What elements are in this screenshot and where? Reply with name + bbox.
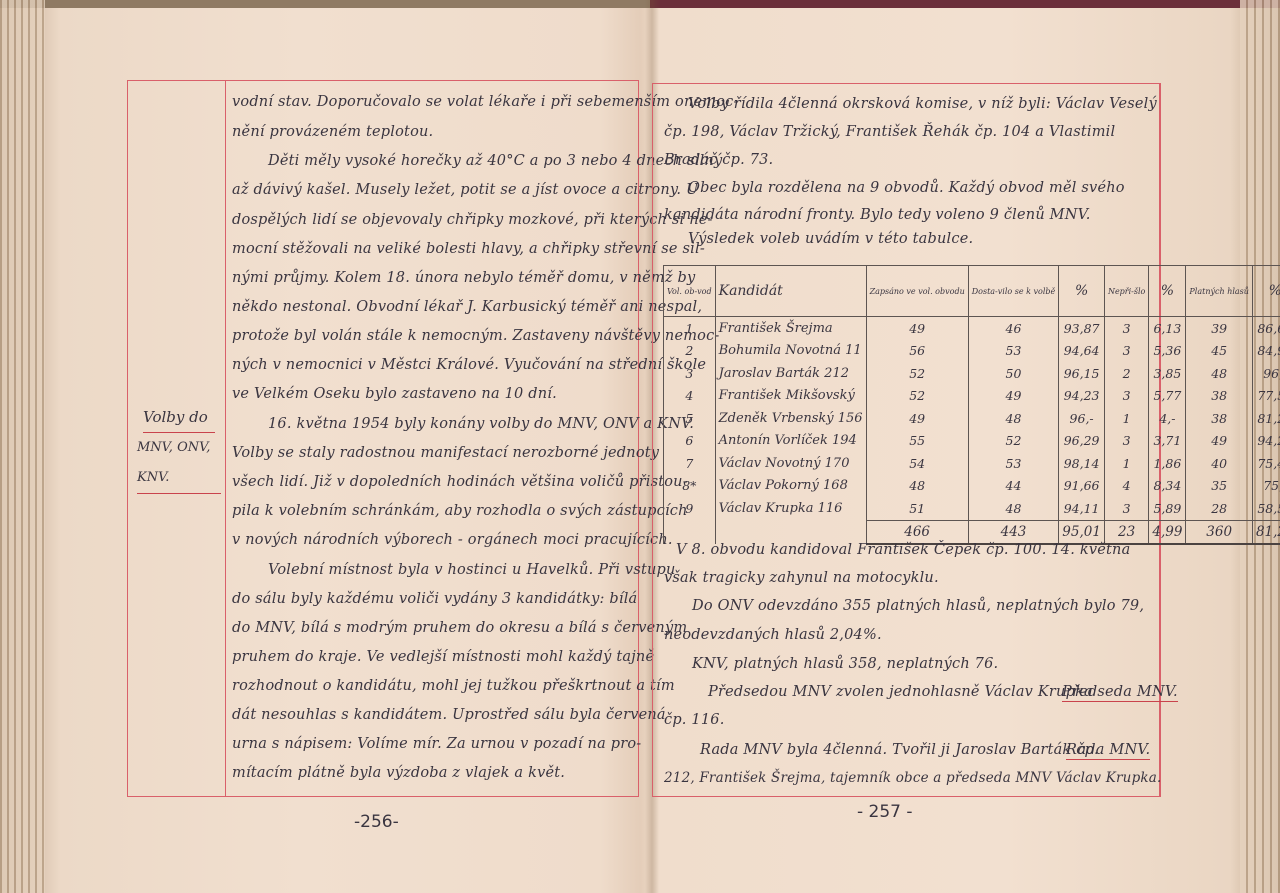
- margin-note-council: Rada MNV.: [1066, 742, 1150, 760]
- cell: 3: [1104, 340, 1148, 363]
- text-line: mítacím plátně byla výzdoba z vlajek a k…: [232, 765, 565, 781]
- table-total-row: 466 443 95,01 23 4,99 360 81,26 74=16,74…: [664, 520, 1280, 544]
- cell: 58,54: [1252, 497, 1280, 520]
- text-line: Bradáč čp. 73.: [664, 152, 773, 168]
- text-line: pila k volebním schránkám, aby rozhodla …: [232, 503, 688, 519]
- cell: 75,47: [1252, 452, 1280, 475]
- cell: 40: [1186, 452, 1253, 475]
- text-line: rozhodnout o kandidátu, mohl jej tužkou …: [232, 678, 675, 694]
- total-cell: 4,99: [1149, 520, 1186, 544]
- table-row: 5 Zdeněk Vrbenský 156 49 48 96,- 1 4,- 3…: [664, 407, 1280, 430]
- margin-note-elections: Volby do MNV, ONV, KNV.: [137, 402, 221, 494]
- text-line: pruhem do kraje. Ve vedlejší místnosti m…: [232, 649, 654, 665]
- total-cell: 443: [968, 520, 1059, 544]
- cell: 48: [968, 497, 1059, 520]
- text-line: nými průjmy. Kolem 18. února nebylo témě…: [232, 270, 695, 286]
- cell-empty: [664, 520, 716, 544]
- cell-candidate: Zdeněk Vrbenský 156: [715, 407, 866, 430]
- cell: 3: [1104, 385, 1148, 408]
- book-cover-edge: [650, 0, 1280, 8]
- cell: 28: [1186, 497, 1253, 520]
- text-line: Do ONV odevzdáno 355 platných hlasů, nep…: [692, 598, 1144, 614]
- cell: 96,29: [1059, 430, 1105, 453]
- cell: 52: [866, 362, 968, 385]
- cell: 50: [968, 362, 1059, 385]
- cell: 81,25: [1252, 407, 1280, 430]
- cell-district: 3: [664, 362, 716, 385]
- cell: 3,85: [1149, 362, 1186, 385]
- cell-candidate: Václav Novotný 170: [715, 452, 866, 475]
- text-line: KNV, platných hlasů 358, neplatných 76.: [692, 656, 998, 672]
- cell-candidate: Václav Pokorný 168: [715, 475, 866, 498]
- open-book: vodní stav. Doporučovalo se volat lékaře…: [0, 0, 1280, 893]
- cell: 4: [1104, 475, 1148, 498]
- text-line: Volební místnost byla v hostinci u Havel…: [268, 562, 676, 578]
- text-line: nění provázeném teplotou.: [232, 124, 433, 140]
- table-row: 3 Jaroslav Barták 212 52 50 96,15 2 3,85…: [664, 362, 1280, 385]
- text-line: někdo nestonal. Obvodní lékař J. Karbusi…: [232, 299, 702, 315]
- col-header: %: [1252, 266, 1280, 317]
- text-line: V 8. obvodu kandidoval František Čepek č…: [676, 542, 1130, 558]
- election-results-table: Vol. ob-vod Kandidát Zapsáno ve vol. obv…: [663, 265, 1280, 545]
- cell-candidate: Bohumila Novotná 11: [715, 340, 866, 363]
- text-line: urna s nápisem: Volíme mír. Za urnou v p…: [232, 736, 641, 752]
- table-row: 8* Václav Pokorný 168 48 44 91,66 4 8,34…: [664, 475, 1280, 498]
- cell: 53: [968, 452, 1059, 475]
- cell: 44: [968, 475, 1059, 498]
- cell-district: 1: [664, 317, 716, 340]
- table-row: 1 František Šrejma 49 46 93,87 3 6,13 39…: [664, 317, 1280, 340]
- cell: 8,34: [1149, 475, 1186, 498]
- cell: 84,98: [1252, 340, 1280, 363]
- cell: 91,66: [1059, 475, 1105, 498]
- page-number-left: -256-: [354, 812, 399, 832]
- cell: 93,87: [1059, 317, 1105, 340]
- text-line: 212, František Šrejma, tajemník obce a p…: [664, 770, 1162, 786]
- cell: 1: [1104, 452, 1148, 475]
- cell-district: 6: [664, 430, 716, 453]
- text-line: Předsedou MNV zvolen jednohlasně Václav …: [708, 684, 1093, 700]
- cell-candidate: Antonín Vorlíček 194: [715, 430, 866, 453]
- table-row: 7 Václav Novotný 170 54 53 98,14 1 1,86 …: [664, 452, 1280, 475]
- text-line: dospělých lidí se objevovaly chřipky moz…: [232, 212, 713, 228]
- cell: 54: [866, 452, 968, 475]
- text-line: do sálu byly každému voliči vydány 3 kan…: [232, 591, 637, 607]
- cell: 3: [1104, 430, 1148, 453]
- cell-candidate: František Mikšovský: [715, 385, 866, 408]
- col-header: Vol. ob-vod: [664, 266, 716, 317]
- margin-note-line: Volby do: [143, 402, 215, 433]
- text-line: všech lidí. Již v dopoledních hodinách v…: [232, 474, 688, 490]
- cell: 3: [1104, 497, 1148, 520]
- cell-candidate: Jaroslav Barták 212: [715, 362, 866, 385]
- table-row: 2 Bohumila Novotná 11 56 53 94,64 3 5,36…: [664, 340, 1280, 363]
- cell: 1,86: [1149, 452, 1186, 475]
- cell-empty: [715, 520, 866, 544]
- text-line: v nových národních výborech - orgánech m…: [232, 532, 673, 548]
- table-row: 4 František Mikšovský 52 49 94,23 3 5,77…: [664, 385, 1280, 408]
- cell: 46: [968, 317, 1059, 340]
- cell: 96,15: [1059, 362, 1105, 385]
- cell: 49: [968, 385, 1059, 408]
- col-header: %: [1059, 266, 1105, 317]
- cell: 98,14: [1059, 452, 1105, 475]
- text-line: neodevzdaných hlasů 2,04%.: [664, 627, 882, 643]
- text-line: protože byl volán stále k nemocným. Zast…: [232, 328, 720, 344]
- text-line: 16. května 1954 byly konány volby do MNV…: [268, 416, 694, 432]
- cell: 49: [866, 317, 968, 340]
- table-header-row: Vol. ob-vod Kandidát Zapsáno ve vol. obv…: [664, 266, 1280, 317]
- cell: 52: [866, 385, 968, 408]
- cell: 4,-: [1149, 407, 1186, 430]
- cell-district: 4: [664, 385, 716, 408]
- cell: 5,77: [1149, 385, 1186, 408]
- text-line: Volby řídila 4členná okrsková komise, v …: [688, 96, 1157, 112]
- total-cell: 81,26: [1252, 520, 1280, 544]
- cell: 39: [1186, 317, 1253, 340]
- text-line: do MNV, bílá s modrým pruhem do okresu a…: [232, 620, 687, 636]
- col-header: Dosta-vilo se k volbě: [968, 266, 1059, 317]
- cell: 49: [866, 407, 968, 430]
- text-line: dát nesouhlas s kandidátem. Uprostřed sá…: [232, 707, 666, 723]
- col-header: Platných hlasů: [1186, 266, 1253, 317]
- cell: 77,55: [1252, 385, 1280, 408]
- col-header: Nepři-šlo: [1104, 266, 1148, 317]
- cell: 96,-: [1252, 362, 1280, 385]
- cell: 86,67: [1252, 317, 1280, 340]
- cell-candidate: František Šrejma: [715, 317, 866, 340]
- cell: 48: [866, 475, 968, 498]
- text-line: až dávivý kašel. Musely ležet, potit se …: [232, 182, 698, 198]
- col-header: Zapsáno ve vol. obvodu: [866, 266, 968, 317]
- page-number-right: - 257 -: [857, 802, 913, 822]
- cell: 5,89: [1149, 497, 1186, 520]
- cell: 3: [1104, 317, 1148, 340]
- cell: 48: [1186, 362, 1253, 385]
- cell: 49: [1186, 430, 1253, 453]
- cell: 2: [1104, 362, 1148, 385]
- text-line: Výsledek voleb uvádím v této tabulce.: [688, 231, 973, 247]
- margin-note-chairman: Předseda MNV.: [1062, 684, 1178, 702]
- margin-note-line: MNV, ONV, KNV.: [137, 433, 221, 494]
- col-header: %: [1149, 266, 1186, 317]
- text-line: však tragicky zahynul na motocyklu.: [664, 570, 939, 586]
- cell: 38: [1186, 385, 1253, 408]
- cell-district: 5: [664, 407, 716, 430]
- text-line: Obec byla rozdělena na 9 obvodů. Každý o…: [688, 180, 1125, 196]
- total-cell: 23: [1104, 520, 1148, 544]
- cell: 52: [968, 430, 1059, 453]
- text-line: ných v nemocnici v Městci Králové. Vyučo…: [232, 357, 706, 373]
- table-row: 9 Václav Krupka 116 51 48 94,11 3 5,89 2…: [664, 497, 1280, 520]
- text-line: čp. 198, Václav Tržický, František Řehák…: [664, 124, 1115, 140]
- cell: 94,23: [1059, 385, 1105, 408]
- text-line: Rada MNV byla 4členná. Tvořil ji Jarosla…: [700, 742, 1099, 758]
- cell: 94,11: [1059, 497, 1105, 520]
- cell: 5,36: [1149, 340, 1186, 363]
- text-line: kandidáta národní fronty. Bylo tedy vole…: [664, 207, 1091, 223]
- cell: 55: [866, 430, 968, 453]
- cell: 1: [1104, 407, 1148, 430]
- col-header: Kandidát: [715, 266, 866, 317]
- cell-candidate: Václav Krupka 116: [715, 497, 866, 520]
- cell-district: 7: [664, 452, 716, 475]
- cell: 48: [968, 407, 1059, 430]
- cell-district: 9: [664, 497, 716, 520]
- total-cell: 466: [866, 520, 968, 544]
- cell: 53: [968, 340, 1059, 363]
- cell: 94,64: [1059, 340, 1105, 363]
- cell: 51: [866, 497, 968, 520]
- page-stack-left: [0, 0, 45, 893]
- cell-district: 2: [664, 340, 716, 363]
- text-line: čp. 116.: [664, 712, 725, 728]
- left-margin-line: [225, 80, 226, 797]
- cell: 35: [1186, 475, 1253, 498]
- cell: 56: [866, 340, 968, 363]
- text-line: Volby se staly radostnou manifestací ner…: [232, 445, 659, 461]
- text-line: mocní stěžovali na veliké bolesti hlavy,…: [232, 241, 705, 257]
- cell: 94,23: [1252, 430, 1280, 453]
- cell-district: 8*: [664, 475, 716, 498]
- cell: 6,13: [1149, 317, 1186, 340]
- cell: 75,-: [1252, 475, 1280, 498]
- cell: 38: [1186, 407, 1253, 430]
- total-cell: 95,01: [1059, 520, 1105, 544]
- total-cell: 360: [1186, 520, 1253, 544]
- text-line: ve Velkém Oseku bylo zastaveno na 10 dní…: [232, 386, 557, 402]
- cell: 96,-: [1059, 407, 1105, 430]
- cell: 45: [1186, 340, 1253, 363]
- table-row: 6 Antonín Vorlíček 194 55 52 96,29 3 3,7…: [664, 430, 1280, 453]
- cell: 3,71: [1149, 430, 1186, 453]
